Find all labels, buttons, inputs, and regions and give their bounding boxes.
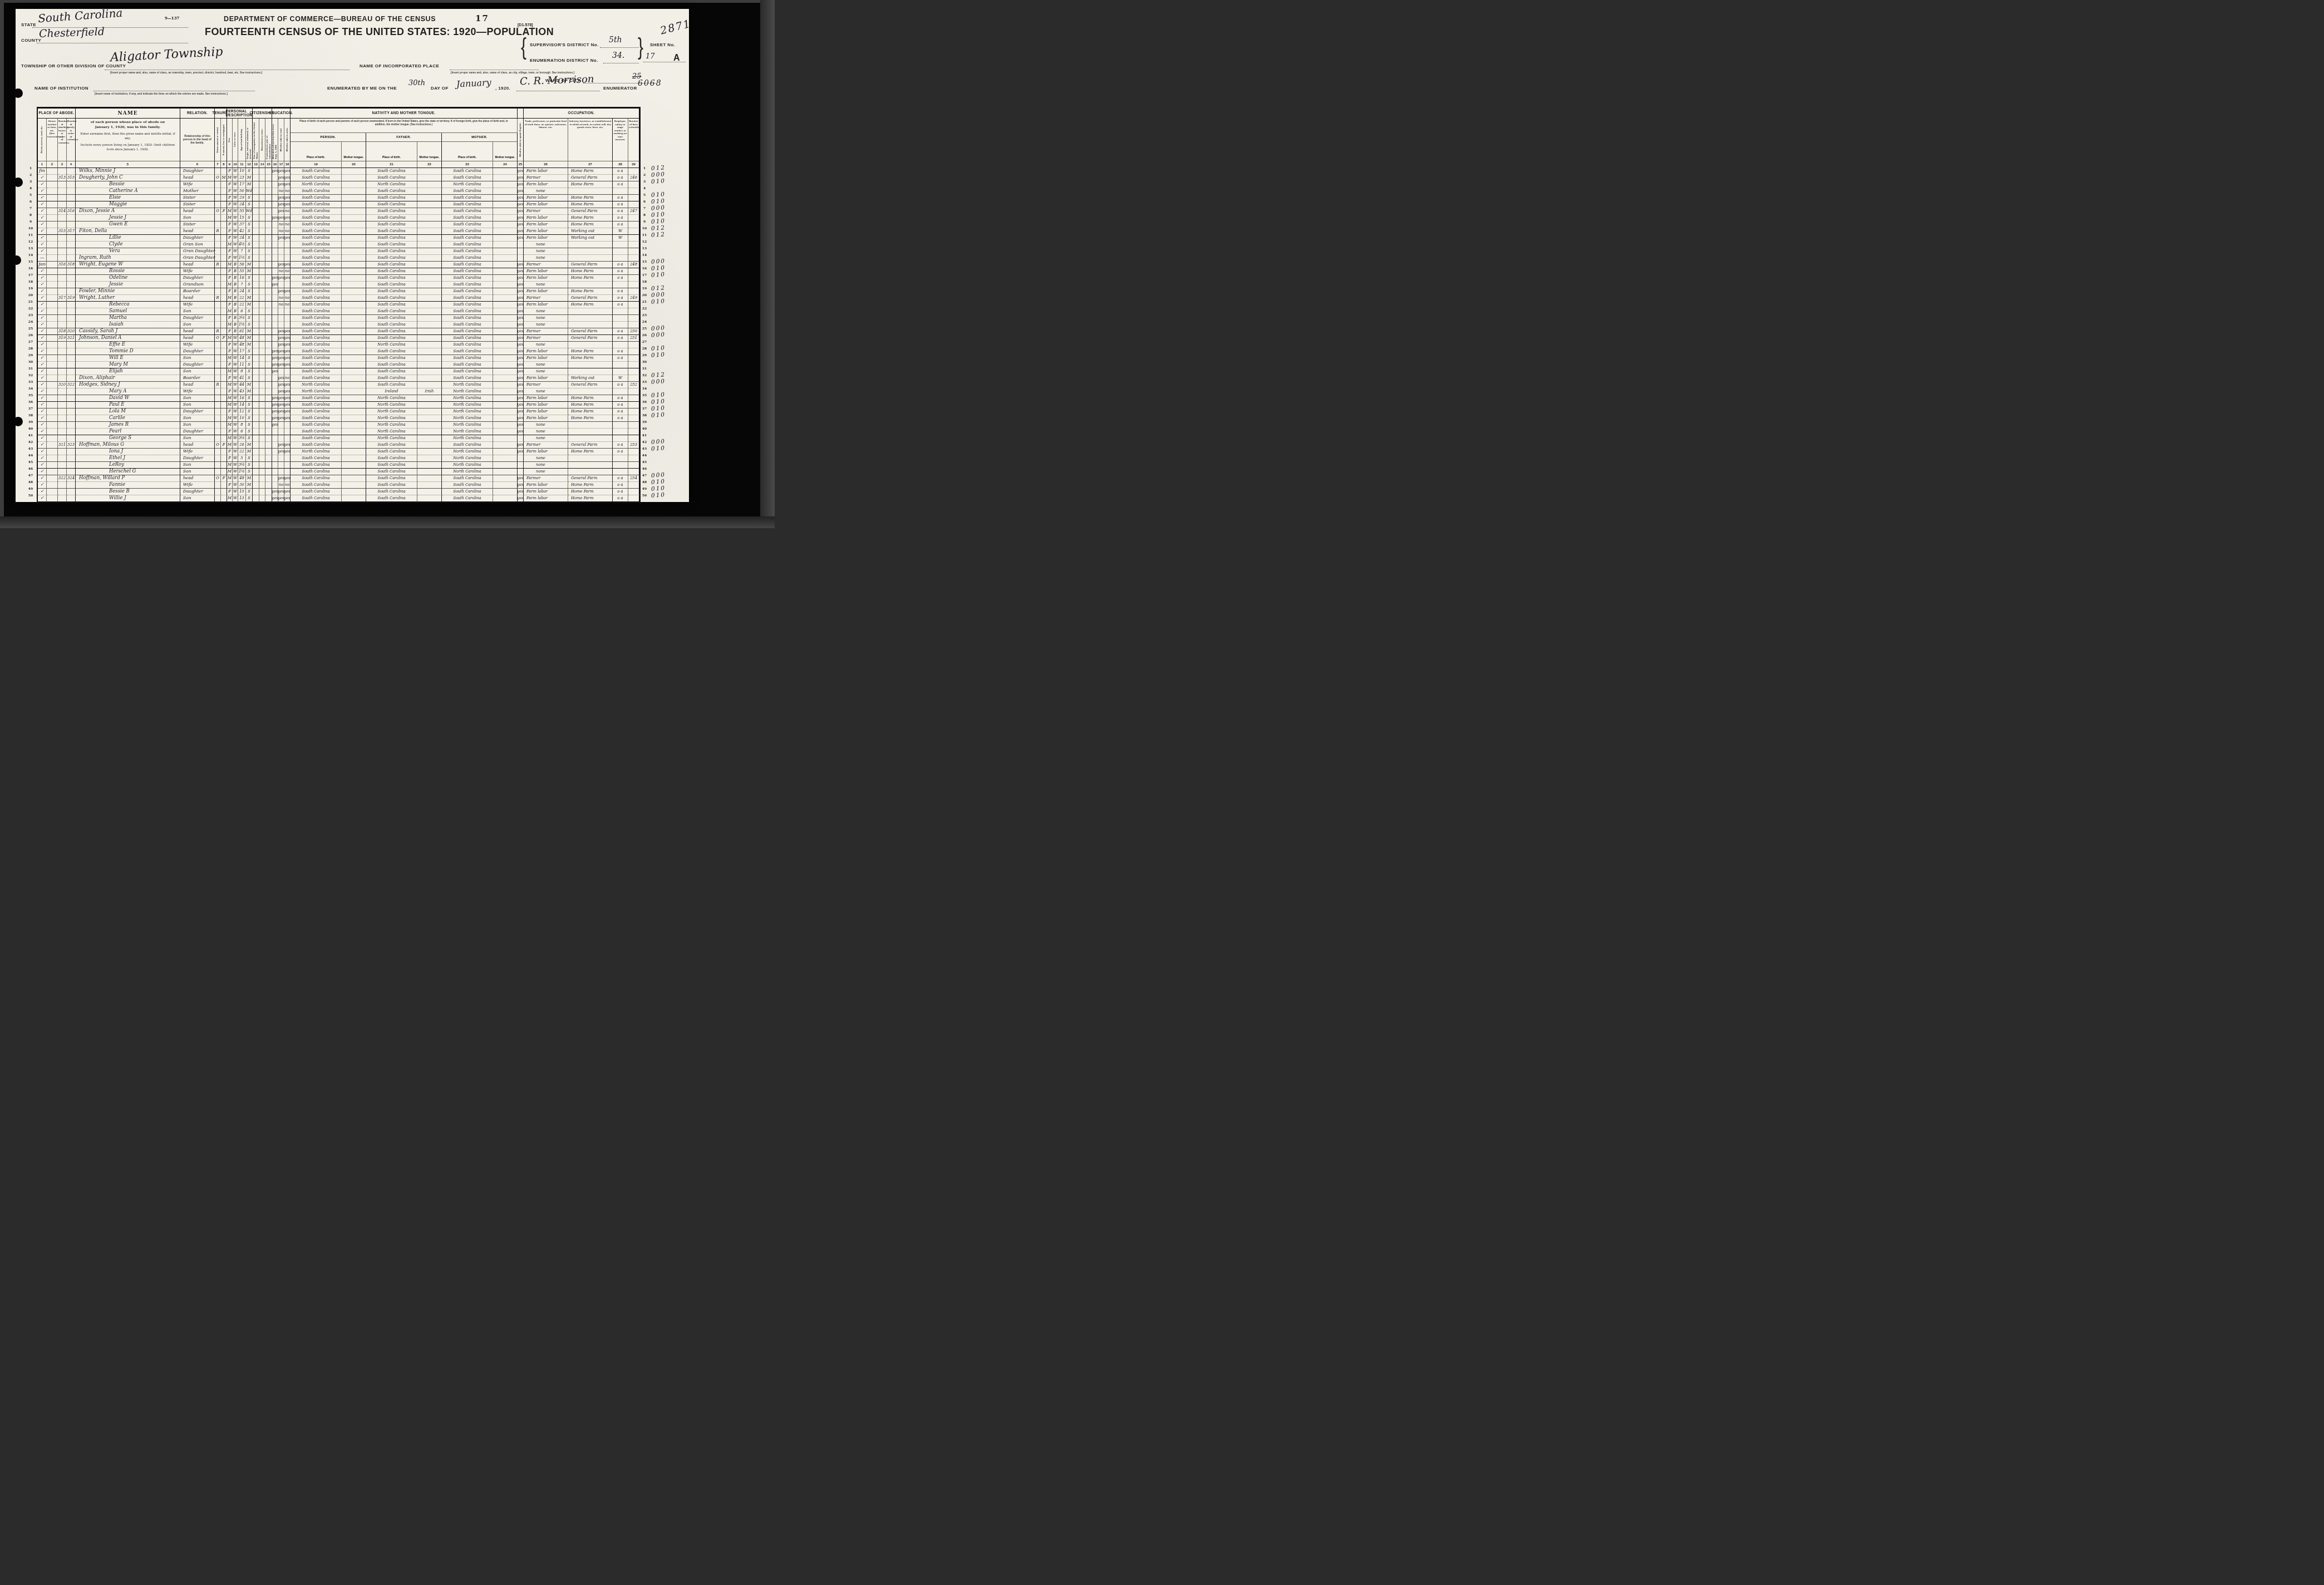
data-cell: W [233,215,238,221]
data-cell: General Farm [568,442,613,449]
line-number: 5 [639,193,649,200]
data-cell: W [233,242,238,248]
data-cell: Farm labor [524,215,568,221]
data-cell [47,322,58,328]
data-cell [47,215,58,221]
data-cell: 247 [628,208,639,215]
data-cell [259,402,265,408]
data-cell: yes [518,328,524,335]
data-cell: yes [518,208,524,215]
punch-hole-icon [13,88,23,98]
data-cell: ✓ [38,235,47,242]
data-cell [493,395,518,402]
data-cell: o a [613,262,628,268]
township-value: Aligator Township [110,45,223,65]
data-cell [568,362,613,368]
nativity-subcolumn: Mother tongue. [493,142,518,161]
data-cell: 11 [238,362,246,368]
column-description: Year of immigration to the United States… [253,119,259,161]
data-cell: Wilks, Minnie J [76,168,180,175]
data-cell [613,368,628,375]
data-cell: Home Farm [568,201,613,208]
data-cell: M [246,482,253,489]
data-cell: yes [284,408,290,415]
data-cell: Home Farm [568,302,613,308]
data-cell [259,355,265,362]
data-cell: yes [518,275,524,282]
data-cell: S [246,462,253,469]
data-cell: 320 [58,382,67,388]
data-cell: Home Farm [568,181,613,188]
data-cell [58,221,67,228]
data-cell: Rebecca [76,302,180,308]
data-cell [493,362,518,368]
line-number: 8 [26,213,36,220]
data-cell [47,315,58,322]
data-cell: M [246,449,253,455]
data-cell [47,375,58,382]
data-cell: Daughter [180,362,215,368]
data-cell: South Carolina [366,215,417,221]
data-cell [493,382,518,388]
data-cell: Farm labor [524,415,568,422]
column-number: 15 [265,161,272,168]
data-cell: S [246,215,253,221]
data-cell [215,402,221,408]
data-cell [417,435,442,442]
line-number: 25 [26,327,36,333]
line-number: 9 [26,220,36,227]
data-cell: Farmer [524,328,568,335]
data-cell [253,208,259,215]
data-cell: O [215,475,221,482]
data-cell [47,175,58,181]
data-cell [47,168,58,175]
data-cell [253,195,259,201]
data-cell: Son [180,435,215,442]
data-cell: ✓ [38,375,47,382]
data-cell [253,275,259,282]
line-number: 45 [639,460,649,467]
data-cell [67,449,76,455]
data-cell [253,181,259,188]
line-number: 18 [26,280,36,287]
data-cell: LeRoy [76,462,180,469]
data-cell [417,422,442,429]
data-cell: Sister [180,195,215,201]
data-cell: S [246,489,253,495]
data-cell [628,388,639,395]
data-cell: o a [613,168,628,175]
data-cell [342,255,366,262]
data-cell: South Carolina [366,362,417,368]
data-cell [265,315,272,322]
line-number: 21 [639,300,649,307]
line-number: 26 [26,333,36,340]
data-cell: none [524,248,568,255]
line-numbers-left: 1234567891011121314151617181920212223242… [26,166,36,500]
data-cell: B [233,302,238,308]
data-cell: South Carolina [442,255,493,262]
data-cell: South Carolina [366,442,417,449]
data-cell: M [227,308,233,315]
data-cell [215,435,221,442]
data-cell [259,415,265,422]
data-cell [278,422,284,429]
data-cell: W [233,442,238,449]
data-cell: 313 [58,175,67,181]
data-cell: S [246,348,253,355]
data-cell [67,388,76,395]
data-cell [628,308,639,315]
data-cell [493,195,518,201]
data-cell: ✓ [38,275,47,282]
data-cell: Elijah [76,368,180,375]
data-cell: ✓ [38,435,47,442]
data-cell: yes [518,195,524,201]
data-cell [259,242,265,248]
data-cell: 317 [67,228,76,235]
data-cell [58,322,67,328]
data-cell: 251 [628,335,639,342]
tally-annotation: 010 [651,351,666,359]
data-cell: yes [518,221,524,228]
data-cell [58,342,67,348]
data-cell: yes [518,475,524,482]
data-cell [221,295,227,302]
line-number: 31 [639,367,649,373]
data-cell: M [227,335,233,342]
data-cell: North Carolina [366,181,417,188]
data-cell [253,315,259,322]
data-cell [628,375,639,382]
data-cell [259,455,265,462]
data-cell [67,248,76,255]
data-cell: South Carolina [366,175,417,181]
data-cell [67,469,76,475]
data-cell [493,462,518,469]
data-cell [417,455,442,462]
enumerator-label: ENUMERATOR [603,86,637,91]
data-cell [417,255,442,262]
data-cell: head [180,335,215,342]
data-cell: yes [284,388,290,395]
data-cell: yes [284,335,290,342]
data-cell: Willie J [76,495,180,502]
data-cell: F [227,188,233,195]
column-number: 22 [417,161,442,168]
data-cell [58,235,67,242]
data-cell: South Carolina [290,201,342,208]
data-cell [518,242,524,248]
data-cell [342,348,366,355]
data-cell [265,181,272,188]
data-cell: Farm labor [524,221,568,228]
data-cell [253,328,259,335]
data-cell: F [227,408,233,415]
data-cell [253,248,259,255]
column-description: Street, avenue, road, etc. [38,119,47,161]
data-cell: ✓ [38,208,47,215]
data-cell: 55 [238,268,246,275]
data-cell: o a [613,415,628,422]
data-cell [342,181,366,188]
tally-annotation: 000 [651,331,666,339]
line-number: 7 [639,206,649,213]
data-cell: South Carolina [290,248,342,255]
data-cell [417,288,442,295]
data-cell: S [246,429,253,435]
data-cell [67,188,76,195]
data-cell [493,242,518,248]
data-cell [259,368,265,375]
data-cell [215,342,221,348]
data-cell: Wd [246,188,253,195]
data-cell [47,228,58,235]
data-cell [253,308,259,315]
line-number: 1 [639,166,649,173]
data-cell: W [233,168,238,175]
data-cell [628,422,639,429]
data-cell: 61 [238,328,246,335]
data-cell [265,201,272,208]
data-cell [272,462,278,469]
data-cell: W [233,362,238,368]
data-cell: Odeline [76,275,180,282]
data-cell [221,255,227,262]
data-cell: South Carolina [442,442,493,449]
data-cell: 322 [67,382,76,388]
data-cell [58,181,67,188]
data-cell: F [227,195,233,201]
data-cell [221,188,227,195]
sheet-value: 2871 [659,18,692,37]
data-cell [278,429,284,435]
data-cell [278,308,284,315]
data-cell: Gran Daughter [180,248,215,255]
data-cell: South Carolina [442,315,493,322]
data-cell: ✓ [38,242,47,248]
data-cell [47,402,58,408]
data-cell: North Carolina [442,181,493,188]
data-cell: Clyde [76,242,180,248]
data-cell: South Carolina [442,195,493,201]
line-number: 44 [26,454,36,460]
data-cell: Farm labor [524,268,568,275]
data-cell [253,335,259,342]
data-cell: South Carolina [366,268,417,275]
data-cell [259,335,265,342]
data-cell [265,268,272,275]
data-cell: 48 [238,335,246,342]
data-cell: S [246,282,253,288]
data-cell [67,362,76,368]
data-cell: W [233,368,238,375]
line-number: 46 [26,467,36,474]
data-cell [215,355,221,362]
line-number: 13 [26,247,36,253]
data-cell: South Carolina [442,262,493,268]
data-cell: M [227,262,233,268]
data-cell: M [227,462,233,469]
data-cell [47,181,58,188]
tally-annotation: 000 [651,378,666,386]
column-group-header: PERSONAL DESCRIPTION. [227,109,253,119]
data-cell [265,242,272,248]
data-cell: 48 [238,475,246,482]
data-cell [67,355,76,362]
data-cell: ✓ [38,388,47,395]
column-number: 16 [272,161,278,168]
data-cell [47,308,58,315]
data-cell [342,282,366,288]
data-cell: North Carolina [442,462,493,469]
data-cell: yes [518,315,524,322]
data-cell: yes [518,368,524,375]
enumerated-prefix: ENUMERATED BY ME ON THE [327,86,397,91]
data-cell [265,288,272,295]
data-cell [253,228,259,235]
data-cell [493,328,518,335]
line-number: 48 [639,480,649,487]
data-cell [253,255,259,262]
data-cell: ✓ [38,402,47,408]
data-cell [265,328,272,335]
data-cell [342,328,366,335]
line-numbers-right: 1234567891011121314151617181920212223242… [639,166,649,500]
data-cell: Tommie D [76,348,180,355]
data-cell [613,469,628,475]
data-cell [417,302,442,308]
data-cell [253,242,259,248]
data-cell: South Carolina [290,395,342,402]
column-description: Number of family in order of visitation. [67,119,76,161]
data-cell: M [246,342,253,348]
data-cell: South Carolina [366,242,417,248]
data-cell: Daughter [180,348,215,355]
data-cell: F [227,449,233,455]
column-description: Naturalized or alien. [259,119,265,161]
data-cell: Son [180,308,215,315]
line-number: 12 [639,240,649,247]
data-cell: B [233,295,238,302]
data-cell [215,201,221,208]
data-cell [215,348,221,355]
data-cell: o a [613,288,628,295]
data-cell [47,429,58,435]
data-cell [215,388,221,395]
line-number: 38 [26,414,36,420]
data-cell: yes [284,215,290,221]
data-cell: no [284,302,290,308]
data-cell [253,375,259,382]
data-cell [221,322,227,328]
data-cell: North Carolina [290,181,342,188]
data-cell [259,382,265,388]
data-cell [221,268,227,275]
column-description: Number of farm schedule. [628,119,639,161]
data-cell: South Carolina [442,355,493,362]
data-cell [265,322,272,328]
data-cell: F [227,362,233,368]
data-cell [67,221,76,228]
data-cell [493,168,518,175]
data-cell: Home Farm [568,221,613,228]
data-cell [417,482,442,489]
data-cell: W [233,482,238,489]
data-cell [417,462,442,469]
data-cell [253,188,259,195]
data-cell [284,368,290,375]
data-cell [265,462,272,469]
line-number: 24 [639,320,649,327]
data-cell [253,382,259,388]
data-cell [221,495,227,502]
data-cell [628,355,639,362]
data-cell: F [227,302,233,308]
data-cell: none [524,455,568,462]
data-cell: Home Farm [568,408,613,415]
data-cell: F [221,442,227,449]
form-number: 9—137 [165,16,179,21]
data-cell: F [221,208,227,215]
supervisor-label: SUPERVISOR'S DISTRICT No. [530,42,599,47]
data-cell [259,248,265,255]
data-cell: South Carolina [366,255,417,262]
data-cell: 15 [238,489,246,495]
data-cell: S [246,308,253,315]
data-cell: none [524,462,568,469]
data-cell [493,288,518,295]
data-cell [67,422,76,429]
data-cell: South Carolina [366,308,417,315]
data-cell [342,475,366,482]
data-cell: S [246,322,253,328]
data-cell [253,235,259,242]
data-cell [417,228,442,235]
data-cell [47,415,58,422]
data-cell: Farm labor [524,489,568,495]
data-cell [278,462,284,469]
data-cell: yes [518,402,524,408]
data-cell: yes [518,449,524,455]
data-cell: F [227,388,233,395]
data-cell: South Carolina [290,215,342,221]
data-cell: W [233,355,238,362]
data-cell: 5 [238,455,246,462]
data-cell [58,455,67,462]
data-cell [628,415,639,422]
data-cell [628,248,639,255]
data-cell: Ireland [366,388,417,395]
data-cell: South Carolina [366,489,417,495]
data-cell [67,489,76,495]
data-cell [253,495,259,502]
data-cell: South Carolina [366,449,417,455]
data-cell [417,201,442,208]
data-cell [259,308,265,315]
data-cell [67,342,76,348]
data-cell: 16 [238,275,246,282]
data-cell: Bessie [76,181,180,188]
line-number: 29 [26,353,36,360]
line-number: 30 [639,360,649,367]
data-cell: South Carolina [442,242,493,248]
data-cell [221,388,227,395]
data-cell [613,342,628,348]
data-cell: o a [613,395,628,402]
data-cell [221,435,227,442]
